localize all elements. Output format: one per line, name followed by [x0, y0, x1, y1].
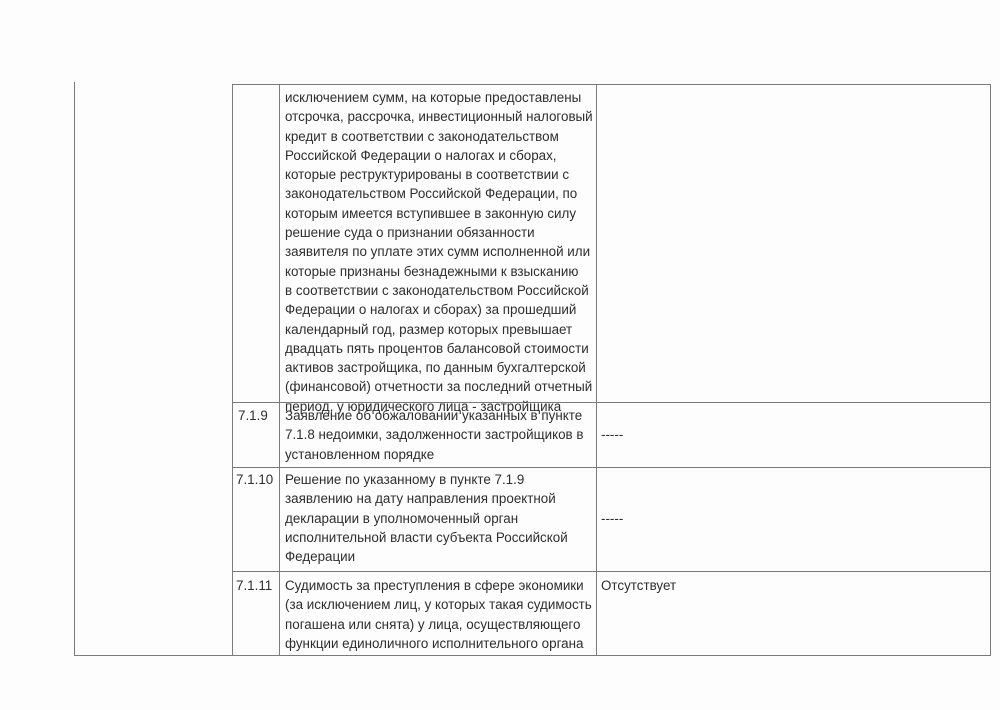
table-cell-number: 7.1.11 [236, 576, 272, 595]
table-cell-number: 7.1.9 [238, 406, 268, 425]
column-divider-number [232, 84, 233, 655]
table-cell-description: Заявление об обжаловании указанных в пун… [285, 406, 595, 464]
table-cell-value: ----- [601, 509, 623, 528]
row-divider [232, 467, 991, 468]
table-top-border [232, 84, 991, 85]
table-cell-description: Решение по указанному в пункте 7.1.9 зая… [285, 470, 595, 566]
table-right-border [990, 84, 991, 655]
document-page: исключением сумм, на которые предоставле… [0, 0, 1000, 710]
table-cell-value: ----- [601, 425, 623, 444]
table-cell-value: Отсутствует [601, 576, 676, 595]
column-divider-description [279, 84, 280, 655]
table-cell-description: исключением сумм, на которые предоставле… [285, 88, 595, 416]
row-divider [232, 571, 991, 572]
table-cell-number: 7.1.10 [236, 470, 273, 489]
table-bottom-border [74, 655, 991, 656]
table-cell-description: Судимость за преступления в сфере эконом… [285, 576, 595, 653]
column-divider-value [596, 84, 597, 655]
table-left-border [74, 82, 75, 655]
